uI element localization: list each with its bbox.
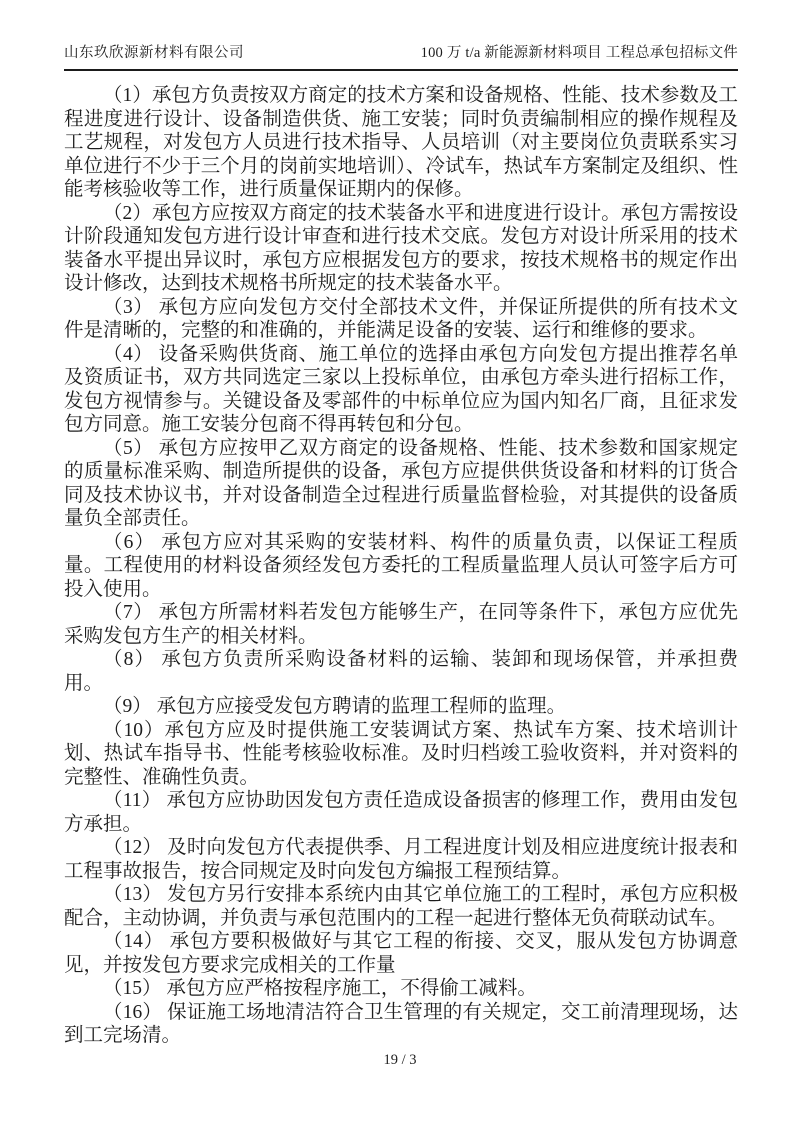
page-number: 19 / 3 <box>383 1052 416 1068</box>
paragraph-14: （14） 承包方要积极做好与其它工程的衔接、交叉，服从发包方协调意见，并按发包方… <box>64 930 738 977</box>
page-header: 山东玖欣源新材料有限公司 100 万 t/a 新能源新材料项目 工程总承包招标文… <box>64 44 738 71</box>
paragraph-9: （9） 承包方应接受发包方聘请的监理工程师的监理。 <box>64 695 738 719</box>
page-footer: 19 / 3 <box>0 1052 800 1069</box>
paragraph-6: （6） 承包方应对其采购的安装材料、构件的质量负责，以保证工程质量。工程使用的材… <box>64 531 738 602</box>
paragraph-16: （16） 保证施工场地清洁符合卫生管理的有关规定，交工前清理现场，达到工完场清。 <box>64 1001 738 1048</box>
header-document-title: 100 万 t/a 新能源新材料项目 工程总承包招标文件 <box>421 44 738 62</box>
paragraph-12: （12） 及时向发包方代表提供季、月工程进度计划及相应进度统计报表和工程事故报告… <box>64 836 738 883</box>
paragraph-7: （7） 承包方所需材料若发包方能够生产，在同等条件下，承包方应优先采购发包方生产… <box>64 601 738 648</box>
paragraph-13: （13） 发包方另行安排本系统内由其它单位施工的工程时，承包方应积极配合，主动协… <box>64 883 738 930</box>
document-page: 山东玖欣源新材料有限公司 100 万 t/a 新能源新材料项目 工程总承包招标文… <box>0 0 800 1131</box>
paragraph-4: （4） 设备采购供货商、施工单位的选择由承包方向发包方提出推荐名单及资质证书，双… <box>64 343 738 437</box>
header-company-name: 山东玖欣源新材料有限公司 <box>64 44 244 62</box>
document-body: （1）承包方负责按双方商定的技术方案和设备规格、性能、技术参数及工程进度进行设计… <box>64 84 738 1048</box>
paragraph-10: （10）承包方应及时提供施工安装调试方案、热试车方案、技术培训计划、热试车指导书… <box>64 719 738 790</box>
paragraph-11: （11） 承包方应协助因发包方责任造成设备损害的修理工作，费用由发包方承担。 <box>64 789 738 836</box>
paragraph-8: （8） 承包方负责所采购设备材料的运输、装卸和现场保管，并承担费用。 <box>64 648 738 695</box>
paragraph-5: （5） 承包方应按甲乙双方商定的设备规格、性能、技术参数和国家规定的质量标准采购… <box>64 437 738 531</box>
paragraph-1: （1）承包方负责按双方商定的技术方案和设备规格、性能、技术参数及工程进度进行设计… <box>64 84 738 202</box>
paragraph-2: （2）承包方应按双方商定的技术装备水平和进度进行设计。承包方需按设计阶段通知发包… <box>64 202 738 296</box>
paragraph-3: （3） 承包方应向发包方交付全部技术文件，并保证所提供的所有技术文件是清晰的，完… <box>64 296 738 343</box>
paragraph-15: （15） 承包方应严格按程序施工，不得偷工减料。 <box>64 977 738 1001</box>
